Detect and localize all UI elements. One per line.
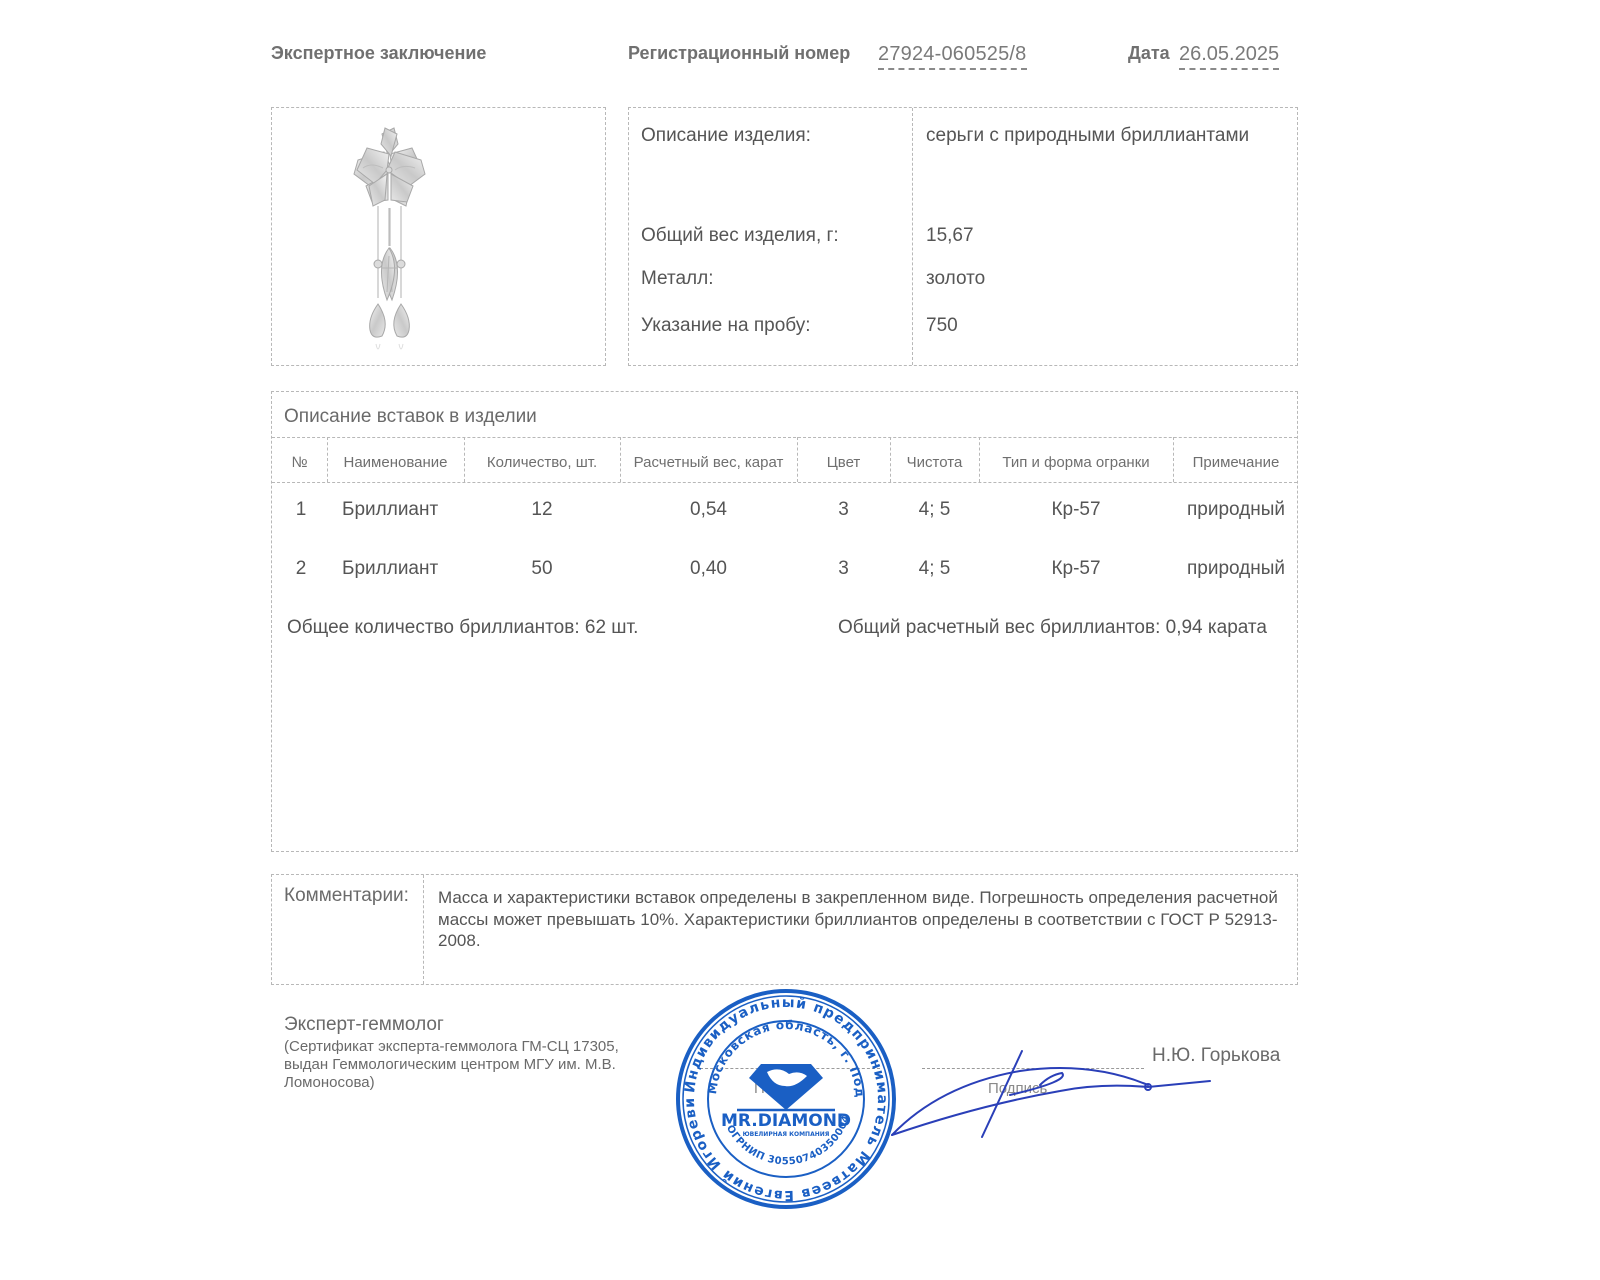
cell-name: Бриллиант: [342, 558, 438, 580]
info-divider: [912, 108, 913, 365]
column-header-number: №: [272, 454, 327, 471]
assay-label: Указание на пробу:: [641, 315, 811, 337]
inserts-title: Описание вставок в изделии: [284, 406, 537, 428]
earrings-photo-icon: [272, 108, 607, 367]
comments-section: Комментарии: Масса и характеристики вста…: [271, 874, 1298, 985]
expert-certificate: (Сертификат эксперта-геммолога ГМ-СЦ 173…: [284, 1038, 664, 1092]
cell-number: 1: [272, 499, 330, 521]
cell-note: природный: [1173, 558, 1299, 580]
metal-label: Металл:: [641, 268, 713, 290]
total-weight-value: 15,67: [926, 225, 974, 247]
cell-color: 3: [797, 499, 890, 521]
column-header-quantity: Количество, шт.: [464, 454, 620, 471]
registration-number-value: 27924-060525/8: [878, 43, 1027, 70]
cell-weight: 0,40: [620, 558, 797, 580]
column-header-weight: Расчетный вес, карат: [620, 454, 797, 471]
cell-quantity: 50: [464, 558, 620, 580]
header-top-line: [272, 437, 1297, 438]
date-label: Дата: [1128, 43, 1170, 64]
svg-text:MR.DIAMOND: MR.DIAMOND: [721, 1111, 851, 1131]
column-header-note: Примечание: [1173, 454, 1299, 471]
cell-cut: Кр-57: [979, 558, 1173, 580]
header-bottom-line: [272, 482, 1297, 483]
comments-label: Комментарии:: [284, 885, 409, 907]
metal-value: золото: [926, 268, 985, 290]
column-header-cut: Тип и форма огранки: [979, 454, 1173, 471]
product-image-box: [271, 107, 606, 366]
cell-name: Бриллиант: [342, 499, 438, 521]
total-count: Общее количество бриллиантов: 62 шт.: [287, 617, 638, 639]
cell-note: природный: [1173, 499, 1299, 521]
description-value: серьги с природными бриллиантами: [926, 125, 1249, 147]
cell-number: 2: [272, 558, 330, 580]
description-label: Описание изделия:: [641, 125, 811, 147]
total-weight: Общий расчетный вес бриллиантов: 0,94 ка…: [838, 617, 1267, 639]
product-info-box: Описание изделия: серьги с природными бр…: [628, 107, 1298, 366]
date-value: 26.05.2025: [1179, 43, 1279, 70]
column-header-color: Цвет: [797, 454, 890, 471]
cell-quantity: 12: [464, 499, 620, 521]
svg-text:ЮВЕЛИРНАЯ КОМПАНИЯ: ЮВЕЛИРНАЯ КОМПАНИЯ: [743, 1131, 830, 1138]
document-title: Экспертное заключение: [271, 43, 486, 64]
cell-color: 3: [797, 558, 890, 580]
diamond-logo-icon: [749, 1064, 823, 1110]
total-weight-label: Общий вес изделия, г:: [641, 225, 839, 247]
expert-title: Эксперт-геммолог: [284, 1014, 444, 1036]
registration-number-label: Регистрационный номер: [628, 43, 850, 64]
signature-icon: [880, 1045, 1220, 1145]
comments-divider: [423, 875, 424, 984]
inserts-section: Описание вставок в изделии № Наименовани…: [271, 391, 1298, 852]
cell-clarity: 4; 5: [890, 558, 979, 580]
cell-cut: Кр-57: [979, 499, 1173, 521]
company-stamp-icon: Индивидуальный предприниматель Матвеев Е…: [675, 988, 897, 1210]
cell-weight: 0,54: [620, 499, 797, 521]
column-header-name: Наименование: [327, 454, 464, 471]
column-header-clarity: Чистота: [890, 454, 979, 471]
cell-clarity: 4; 5: [890, 499, 979, 521]
comments-text: Масса и характеристики вставок определен…: [438, 887, 1293, 952]
assay-value: 750: [926, 315, 958, 337]
